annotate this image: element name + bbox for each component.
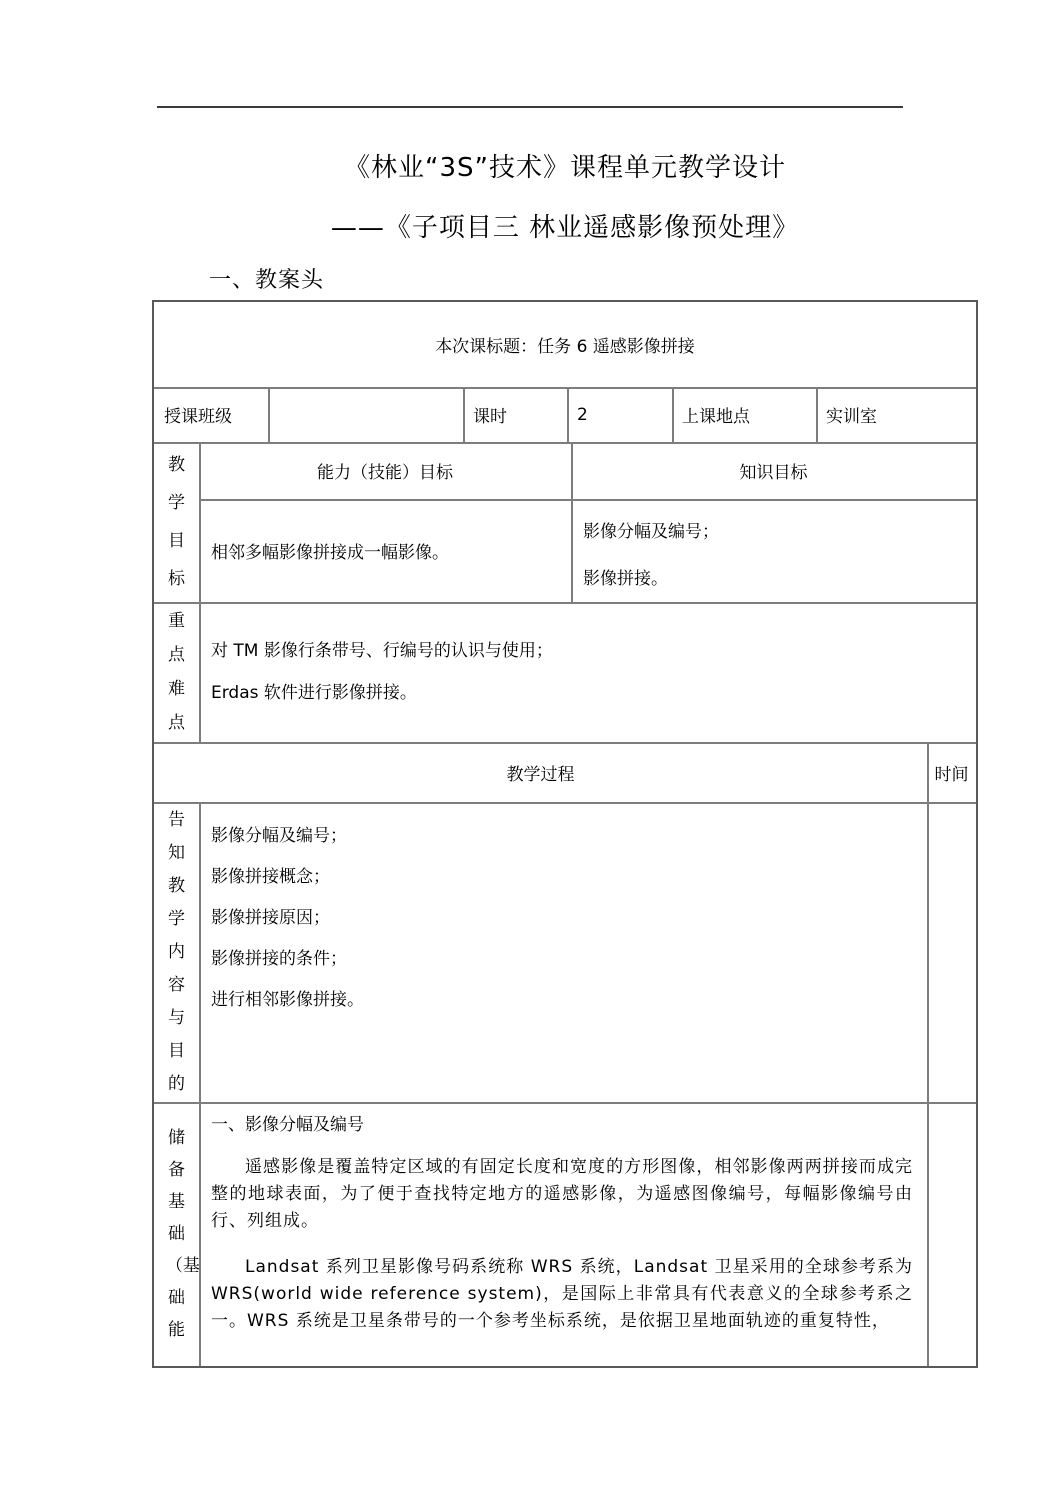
hours-value-cell: 2 (567, 387, 672, 442)
reserve-content: 一、影像分幅及编号 遥感影像是覆盖特定区域的有固定长度和宽度的方形图像，相邻影像… (199, 1102, 927, 1366)
time-header-cell: 时间 (927, 742, 976, 802)
section-heading: 一、教案头 (209, 263, 324, 294)
reserve-paragraph: 遥感影像是覆盖特定区域的有固定长度和宽度的方形图像，相邻影像两两拼接而成完整的地… (211, 1154, 913, 1235)
inform-row-label-text: 告知教学内容与目的 (166, 804, 187, 1101)
process-header-cell: 教学过程 (154, 742, 927, 802)
reserve-time-cell (927, 1102, 976, 1366)
inform-content: 影像分幅及编号； 影像拼接概念； 影像拼接原因； 影像拼接的条件； 进行相邻影像… (199, 802, 927, 1102)
reserve-paragraph: Landsat 系列卫星影像号码系统称 WRS 系统，Landsat 卫星采用的… (211, 1254, 913, 1335)
inform-line: 影像拼接概念； (211, 857, 915, 898)
document-subtitle: ——《子项目三 林业遥感影像预处理》 (152, 207, 978, 244)
key-points-content: 对 TM 影像行条带号、行编号的认识与使用； Erdas 软件进行影像拼接。 (199, 602, 976, 742)
knowledge-line: 影像分幅及编号； (583, 509, 964, 556)
skill-objective-content: 相邻多幅影像拼接成一幅影像。 (199, 499, 571, 602)
class-value-cell (268, 387, 463, 442)
inform-time-cell (927, 802, 976, 1102)
inform-line: 影像拼接原因； (211, 898, 915, 939)
skill-objective-header: 能力（技能）目标 (199, 442, 571, 499)
key-points-line: 对 TM 影像行条带号、行编号的认识与使用； (211, 630, 976, 672)
knowledge-objective-content: 影像分幅及编号； 影像拼接。 (571, 499, 976, 602)
document-page: 《林业“3S”技术》课程单元教学设计 ——《子项目三 林业遥感影像预处理》 一、… (0, 0, 1059, 1497)
inform-line: 进行相邻影像拼接。 (211, 980, 915, 1021)
key-points-line: Erdas 软件进行影像拼接。 (211, 672, 976, 714)
key-points-row-label: 重点难点 (154, 602, 199, 742)
class-label-cell: 授课班级 (154, 387, 268, 442)
reserve-row-label-text: 储备基础（基础能 (166, 1122, 187, 1346)
objectives-row-label-text: 教学目标 (166, 446, 187, 598)
document-title: 《林业“3S”技术》课程单元教学设计 (152, 147, 978, 184)
header-rule (157, 106, 903, 108)
objectives-row-label: 教学目标 (154, 442, 199, 602)
inform-row-label: 告知教学内容与目的 (154, 802, 199, 1102)
location-value-cell: 实训室 (816, 387, 976, 442)
reserve-row-label: 储备基础（基础能 (154, 1102, 199, 1366)
knowledge-objective-header: 知识目标 (571, 442, 976, 499)
hours-label-cell: 课时 (463, 387, 567, 442)
lesson-plan-table: 本次课标题：任务 6 遥感影像拼接 授课班级 课时 2 上课地点 实训室 教学目… (152, 300, 978, 1368)
inform-line: 影像拼接的条件； (211, 939, 915, 980)
knowledge-line: 影像拼接。 (583, 556, 964, 602)
lesson-title-cell: 本次课标题：任务 6 遥感影像拼接 (154, 302, 976, 387)
reserve-heading: 一、影像分幅及编号 (211, 1110, 913, 1140)
location-label-cell: 上课地点 (672, 387, 816, 442)
inform-line: 影像分幅及编号； (211, 816, 915, 857)
key-points-row-label-text: 重点难点 (166, 604, 187, 740)
